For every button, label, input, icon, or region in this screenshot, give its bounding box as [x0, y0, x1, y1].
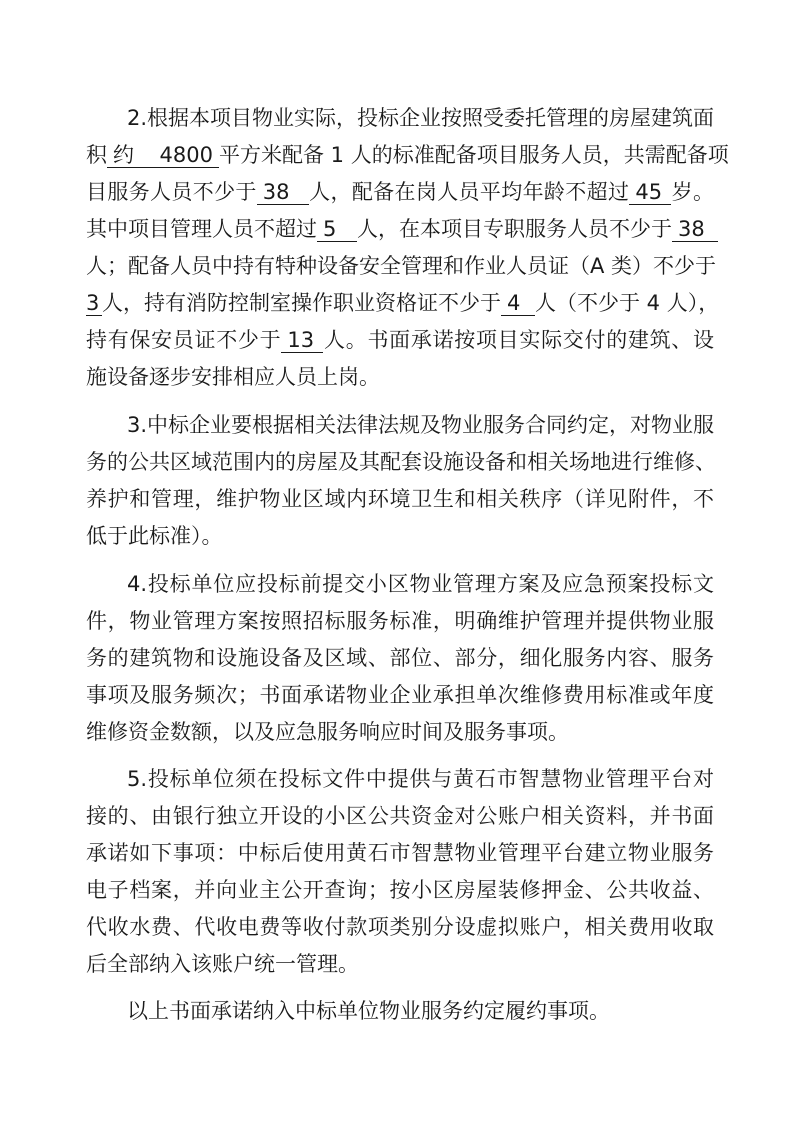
p4-line-3: 务的建筑物和设施设备及区域、部位、部分，细化服务内容、服务 [86, 643, 714, 673]
fill-area: 约 4800 [107, 143, 219, 168]
p2-line-4: 其中项目管理人员不超过5人，在本项目专职服务人员不少于38 [86, 214, 714, 244]
p2-line-8: 施设备逐步安排相应人员上岗。 [86, 362, 714, 392]
p2-line-5: 人；配备人员中持有特种设备安全管理和作业人员证（A 类）不少于 [86, 251, 714, 281]
closing-statement: 以上书面承诺纳入中标单位物业服务约定履约事项。 [127, 996, 714, 1026]
p2-line-7: 持有保安员证不少于13人。书面承诺按项目实际交付的建筑、设 [86, 325, 714, 355]
fill-avg-age: 45 [629, 180, 671, 205]
text: 平方米配备 1 人的标准配备项目服务人员，共需配备项 [219, 143, 729, 167]
fill-fire-cert: 4 [501, 291, 535, 316]
text: 人。书面承诺按项目实际交付的建筑、设 [323, 328, 714, 352]
p2-line-6: 3人，持有消防控制室操作职业资格证不少于4人（不少于 4 人）， [86, 288, 714, 318]
fill-managers: 5 [317, 217, 357, 242]
p3-line-2: 务的公共区域范围内的房屋及其配套设施设备和相关场地进行维修、 [86, 447, 714, 477]
p3-line-4: 低于此标准）。 [86, 521, 714, 551]
text: 人，持有消防控制室操作职业资格证不少于 [102, 291, 501, 315]
p4-line-2: 件，物业管理方案按照招标服务标准，明确维护管理并提供物业服 [86, 606, 714, 636]
text: 人，在本项目专职服务人员不少于 [357, 217, 672, 241]
p5-line-5: 代收水费、代收电费等收付款项类别分设虚拟账户，相关费用收取 [86, 912, 714, 942]
p5-line-4: 电子档案，并向业主公开查询；按小区房屋装修押金、公共收益、 [86, 875, 714, 905]
p3-line-1: 3.中标企业要根据相关法律法规及物业服务合同约定，对物业服 [127, 410, 714, 440]
text: 持有保安员证不少于 [86, 328, 281, 352]
p4-line-4: 事项及服务频次；书面承诺物业企业承担单次维修费用标准或年度 [86, 680, 714, 710]
text: 目服务人员不少于 [86, 180, 257, 204]
document-page: 2.根据本项目物业实际，投标企业按照受委托管理的房屋建筑面 积约 4800平方米… [0, 0, 794, 1123]
text: 2.根据本项目物业实际，投标企业按照受委托管理的房屋建筑面 [127, 106, 714, 130]
text: 其中项目管理人员不超过 [86, 217, 317, 241]
text: 人，配备在岗人员平均年龄不超过 [309, 180, 630, 204]
text: 施设备逐步安排相应人员上岗。 [86, 365, 380, 389]
text: 积 [86, 143, 107, 167]
text: 岁。 [671, 180, 714, 204]
p2-line-3: 目服务人员不少于38人，配备在岗人员平均年龄不超过45岁。 [86, 177, 714, 207]
p5-line-1: 5.投标单位须在投标文件中提供与黄石市智慧物业管理平台对 [127, 764, 714, 794]
p5-line-3: 承诺如下事项：中标后使用黄石市智慧物业管理平台建立物业服务 [86, 838, 714, 868]
fill-staff-count: 38 [257, 180, 309, 205]
p4-line-5: 维修资金数额，以及应急服务响应时间及服务事项。 [86, 717, 714, 747]
p5-line-6: 后全部纳入该账户统一管理。 [86, 949, 714, 979]
p3-line-3: 养护和管理，维护物业区域内环境卫生和相关秩序（详见附件，不 [86, 484, 714, 514]
p5-line-2: 接的、由银行独立开设的小区公共资金对公账户相关资料，并书面 [86, 801, 714, 831]
fill-security-cert: 13 [281, 328, 323, 353]
p2-line-1: 2.根据本项目物业实际，投标企业按照受委托管理的房屋建筑面 [127, 103, 714, 133]
fill-special-cert: 3 [86, 291, 102, 316]
fill-dedicated-staff: 38 [672, 217, 718, 242]
text: 人；配备人员中持有特种设备安全管理和作业人员证（A 类）不少于 [86, 254, 716, 278]
text: 人（不少于 4 人）， [535, 291, 719, 315]
p4-line-1: 4.投标单位应投标前提交小区物业管理方案及应急预案投标文 [127, 569, 714, 599]
p2-line-2: 积约 4800平方米配备 1 人的标准配备项目服务人员，共需配备项 [86, 140, 714, 170]
